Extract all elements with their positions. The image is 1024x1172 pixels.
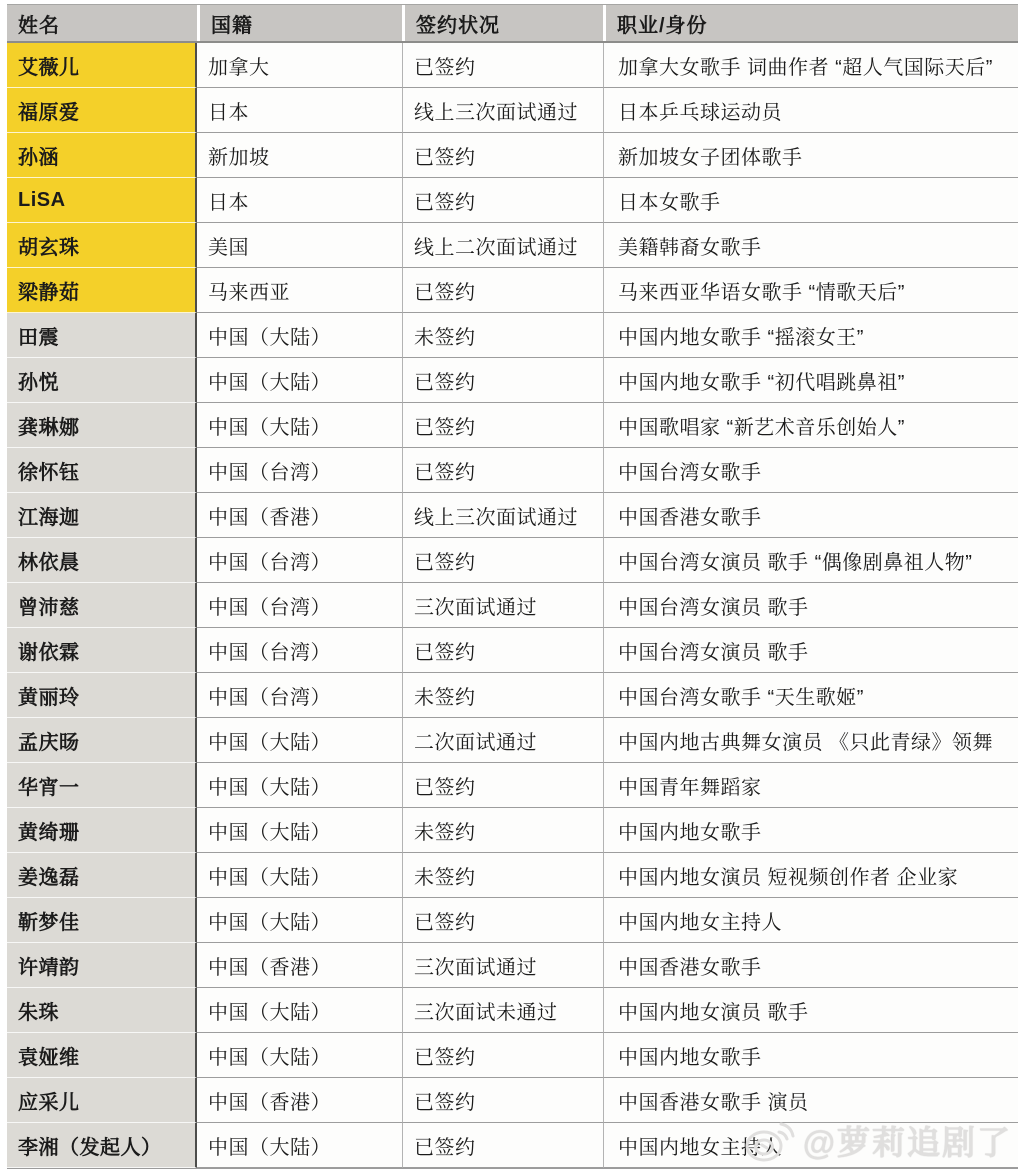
status-cell: 已签约 (402, 1123, 603, 1168)
occupation-cell: 日本乒乓球运动员 (603, 88, 1018, 133)
occupation-cell: 中国内地女主持人 (603, 1123, 1018, 1168)
table-row: 龚琳娜中国（大陆）已签约中国歌唱家 “新艺术音乐创始人” (7, 403, 1018, 448)
status-cell: 三次面试未通过 (402, 988, 603, 1033)
name-cell: 孟庆旸 (7, 718, 197, 763)
nationality-cell: 中国（大陆） (197, 1033, 402, 1078)
nationality-cell: 中国（台湾） (197, 628, 402, 673)
occupation-cell: 中国内地女歌手 (603, 1033, 1018, 1078)
header-occupation: 职业/身份 (603, 5, 1018, 41)
nationality-cell: 中国（台湾） (197, 673, 402, 718)
occupation-cell: 中国香港女歌手 (603, 943, 1018, 988)
nationality-cell: 中国（大陆） (197, 853, 402, 898)
nationality-cell: 加拿大 (197, 43, 402, 88)
status-cell: 已签约 (402, 268, 603, 313)
nationality-cell: 中国（大陆） (197, 358, 402, 403)
status-cell: 已签约 (402, 538, 603, 583)
occupation-cell: 中国台湾女演员 歌手 (603, 628, 1018, 673)
status-cell: 已签约 (402, 898, 603, 943)
nationality-cell: 中国（大陆） (197, 763, 402, 808)
nationality-cell: 中国（台湾） (197, 538, 402, 583)
table-row: 华宵一中国（大陆）已签约中国青年舞蹈家 (7, 763, 1018, 808)
nationality-cell: 美国 (197, 223, 402, 268)
table-row: 福原爱日本线上三次面试通过日本乒乓球运动员 (7, 88, 1018, 133)
table-row: 袁娅维中国（大陆）已签约中国内地女歌手 (7, 1033, 1018, 1078)
name-cell: 许靖韵 (7, 943, 197, 988)
status-cell: 三次面试通过 (402, 583, 603, 628)
occupation-cell: 中国内地女主持人 (603, 898, 1018, 943)
occupation-cell: 中国台湾女歌手 “天生歌姬” (603, 673, 1018, 718)
occupation-cell: 中国内地女演员 歌手 (603, 988, 1018, 1033)
nationality-cell: 中国（大陆） (197, 898, 402, 943)
table-row: 孟庆旸中国（大陆）二次面试通过中国内地古典舞女演员 《只此青绿》领舞 (7, 718, 1018, 763)
occupation-cell: 美籍韩裔女歌手 (603, 223, 1018, 268)
nationality-cell: 中国（香港） (197, 943, 402, 988)
nationality-cell: 日本 (197, 88, 402, 133)
name-cell: LiSA (7, 178, 197, 223)
nationality-cell: 中国（台湾） (197, 448, 402, 493)
nationality-cell: 中国（大陆） (197, 808, 402, 853)
name-cell: 黄绮珊 (7, 808, 197, 853)
status-cell: 已签约 (402, 178, 603, 223)
nationality-cell: 中国（大陆） (197, 313, 402, 358)
name-cell: 孙悦 (7, 358, 197, 403)
table-row: 艾薇儿加拿大已签约加拿大女歌手 词曲作者 “超人气国际天后” (7, 43, 1018, 88)
name-cell: 江海迦 (7, 493, 197, 538)
table-row: 李湘（发起人）中国（大陆）已签约中国内地女主持人 (7, 1123, 1018, 1168)
occupation-cell: 中国香港女歌手 演员 (603, 1078, 1018, 1123)
occupation-cell: 中国内地古典舞女演员 《只此青绿》领舞 (603, 718, 1018, 763)
name-cell: 胡玄珠 (7, 223, 197, 268)
occupation-cell: 中国内地女演员 短视频创作者 企业家 (603, 853, 1018, 898)
status-cell: 已签约 (402, 1078, 603, 1123)
occupation-cell: 中国台湾女演员 歌手 (603, 583, 1018, 628)
name-cell: 姜逸磊 (7, 853, 197, 898)
name-cell: 李湘（发起人） (7, 1123, 197, 1168)
occupation-cell: 中国台湾女歌手 (603, 448, 1018, 493)
status-cell: 未签约 (402, 313, 603, 358)
table-row: LiSA日本已签约日本女歌手 (7, 178, 1018, 223)
nationality-cell: 中国（大陆） (197, 403, 402, 448)
nationality-cell: 中国（大陆） (197, 718, 402, 763)
name-cell: 艾薇儿 (7, 43, 197, 88)
occupation-cell: 中国青年舞蹈家 (603, 763, 1018, 808)
name-cell: 福原爱 (7, 88, 197, 133)
status-cell: 未签约 (402, 853, 603, 898)
table-row: 姜逸磊中国（大陆）未签约中国内地女演员 短视频创作者 企业家 (7, 853, 1018, 898)
name-cell: 孙涵 (7, 133, 197, 178)
header-nationality: 国籍 (197, 5, 402, 41)
table-row: 徐怀钰中国（台湾）已签约中国台湾女歌手 (7, 448, 1018, 493)
table-row: 曾沛慈中国（台湾）三次面试通过中国台湾女演员 歌手 (7, 583, 1018, 628)
name-cell: 黄丽玲 (7, 673, 197, 718)
name-cell: 徐怀钰 (7, 448, 197, 493)
table-row: 孙涵新加坡已签约新加坡女子团体歌手 (7, 133, 1018, 178)
nationality-cell: 新加坡 (197, 133, 402, 178)
table-row: 朱珠中国（大陆）三次面试未通过中国内地女演员 歌手 (7, 988, 1018, 1033)
name-cell: 梁静茹 (7, 268, 197, 313)
name-cell: 林依晨 (7, 538, 197, 583)
table-row: 江海迦中国（香港）线上三次面试通过中国香港女歌手 (7, 493, 1018, 538)
occupation-cell: 加拿大女歌手 词曲作者 “超人气国际天后” (603, 43, 1018, 88)
name-cell: 华宵一 (7, 763, 197, 808)
table-row: 孙悦中国（大陆）已签约中国内地女歌手 “初代唱跳鼻祖” (7, 358, 1018, 403)
status-cell: 线上三次面试通过 (402, 88, 603, 133)
status-cell: 三次面试通过 (402, 943, 603, 988)
status-cell: 未签约 (402, 808, 603, 853)
occupation-cell: 马来西亚华语女歌手 “情歌天后” (603, 268, 1018, 313)
nationality-cell: 中国（香港） (197, 493, 402, 538)
table-row: 胡玄珠美国线上二次面试通过美籍韩裔女歌手 (7, 223, 1018, 268)
occupation-cell: 中国歌唱家 “新艺术音乐创始人” (603, 403, 1018, 448)
header-status: 签约状况 (402, 5, 603, 41)
status-cell: 已签约 (402, 763, 603, 808)
name-cell: 龚琳娜 (7, 403, 197, 448)
status-cell: 已签约 (402, 628, 603, 673)
status-cell: 已签约 (402, 448, 603, 493)
status-cell: 线上二次面试通过 (402, 223, 603, 268)
table-row: 应采儿中国（香港）已签约中国香港女歌手 演员 (7, 1078, 1018, 1123)
table-row: 黄丽玲中国（台湾）未签约中国台湾女歌手 “天生歌姬” (7, 673, 1018, 718)
status-cell: 未签约 (402, 673, 603, 718)
status-cell: 已签约 (402, 358, 603, 403)
occupation-cell: 日本女歌手 (603, 178, 1018, 223)
table-row: 许靖韵中国（香港）三次面试通过中国香港女歌手 (7, 943, 1018, 988)
nationality-cell: 中国（台湾） (197, 583, 402, 628)
table-row: 林依晨中国（台湾）已签约中国台湾女演员 歌手 “偶像剧鼻祖人物” (7, 538, 1018, 583)
name-cell: 靳梦佳 (7, 898, 197, 943)
occupation-cell: 中国台湾女演员 歌手 “偶像剧鼻祖人物” (603, 538, 1018, 583)
table-header: 姓名 国籍 签约状况 职业/身份 (7, 4, 1018, 43)
status-cell: 已签约 (402, 133, 603, 178)
status-cell: 二次面试通过 (402, 718, 603, 763)
name-cell: 袁娅维 (7, 1033, 197, 1078)
status-cell: 线上三次面试通过 (402, 493, 603, 538)
header-name: 姓名 (7, 5, 197, 41)
table-body: 艾薇儿加拿大已签约加拿大女歌手 词曲作者 “超人气国际天后”福原爱日本线上三次面… (7, 43, 1018, 1168)
status-cell: 已签约 (402, 43, 603, 88)
occupation-cell: 中国内地女歌手 “摇滚女王” (603, 313, 1018, 358)
table-row: 谢依霖中国（台湾）已签约中国台湾女演员 歌手 (7, 628, 1018, 673)
nationality-cell: 中国（大陆） (197, 988, 402, 1033)
name-cell: 朱珠 (7, 988, 197, 1033)
occupation-cell: 中国内地女歌手 “初代唱跳鼻祖” (603, 358, 1018, 403)
name-cell: 应采儿 (7, 1078, 197, 1123)
celebrity-roster-table: 姓名 国籍 签约状况 职业/身份 艾薇儿加拿大已签约加拿大女歌手 词曲作者 “超… (7, 4, 1018, 1169)
nationality-cell: 马来西亚 (197, 268, 402, 313)
occupation-cell: 中国香港女歌手 (603, 493, 1018, 538)
table-row: 靳梦佳中国（大陆）已签约中国内地女主持人 (7, 898, 1018, 943)
nationality-cell: 日本 (197, 178, 402, 223)
occupation-cell: 中国内地女歌手 (603, 808, 1018, 853)
table-row: 田震中国（大陆）未签约中国内地女歌手 “摇滚女王” (7, 313, 1018, 358)
status-cell: 已签约 (402, 403, 603, 448)
name-cell: 曾沛慈 (7, 583, 197, 628)
nationality-cell: 中国（大陆） (197, 1123, 402, 1168)
nationality-cell: 中国（香港） (197, 1078, 402, 1123)
name-cell: 谢依霖 (7, 628, 197, 673)
occupation-cell: 新加坡女子团体歌手 (603, 133, 1018, 178)
status-cell: 已签约 (402, 1033, 603, 1078)
name-cell: 田震 (7, 313, 197, 358)
table-row: 黄绮珊中国（大陆）未签约中国内地女歌手 (7, 808, 1018, 853)
table-row: 梁静茹马来西亚已签约马来西亚华语女歌手 “情歌天后” (7, 268, 1018, 313)
